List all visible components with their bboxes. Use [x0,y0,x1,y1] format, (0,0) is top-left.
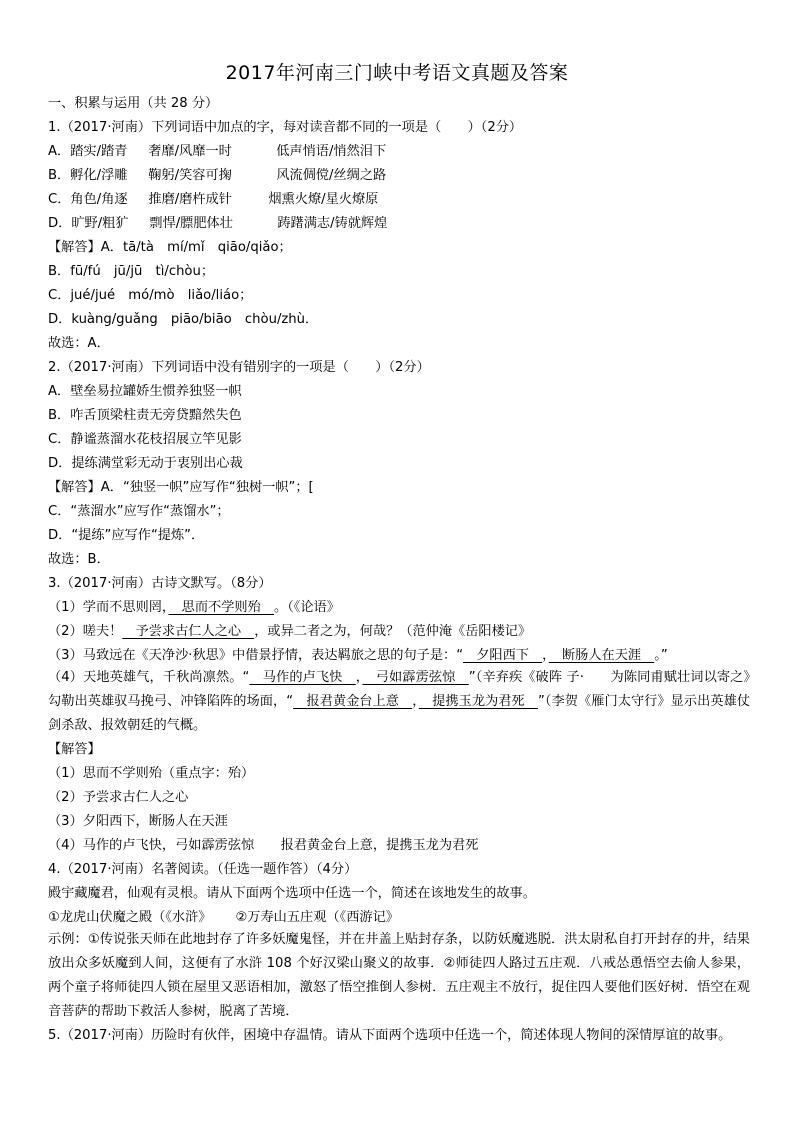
q2-answer-line: 【解答】A．“独竖一帜”应写作“独树一帜”；[ [48,478,314,498]
q1-option-a: A．踏实/踏青奢靡/风靡一时低声悄语/悄然泪下 [48,142,386,162]
fill-blank-answer: 弓如霹雳弦惊 [362,670,468,685]
q1-option-d: D．旷野/粗犷剽悍/膘肥体壮踌躇满志/铸就辉煌 [48,214,387,234]
q2-answer-line: C．“蒸溜水”应写作“蒸馏水”； [48,502,230,522]
item-text: （2）嗟夫！ [48,624,122,639]
q4-stem: 4.（2017·河南）名著阅读。（任选一题作答）（4分） [48,860,357,880]
q2-option-c: C．静谧蒸溜水花枝招展立竿见影 [48,430,242,450]
q3-answer-heading: 【解答】 [48,740,101,760]
item-text: ，或异二者之为，何哉？（范仲淹《岳阳楼记》 [254,624,531,639]
item-text: （3）马致远在《天净沙·秋思》中借景抒情，表达羁旅之思的句子是：“ [48,648,463,663]
q3-answer-line: （1）思而不学则殆（重点字：殆） [48,764,254,784]
option-word: 烟熏火燎/星火燎原 [268,190,378,210]
q1-answer-line: D．kuàng/guǎng piāo/biāo chòu/zhù． [48,310,318,330]
fill-blank-answer: 报君黄金台上意 [293,694,412,709]
q4-example: 示例：①传说张天师在此地封存了许多妖魔鬼怪，并在井盖上贴封存条，以防妖魔逃脱．洪… [48,928,750,1024]
fill-blank-answer: 夕阳西下 [463,648,542,663]
q2-option-b: B．咋舌顶梁柱责无旁贷黯然失色 [48,406,242,426]
option-word: 鞠躬/笑容可掬 [148,166,276,186]
q4-choice-1: ①龙虎山伏魔之殿（《水浒》 [48,910,211,925]
fill-blank-answer: 断肠人在天涯 [549,648,655,663]
option-word: 踌躇满志/铸就辉煌 [277,214,387,234]
section-heading: 一、积累与运用（共 28 分） [48,94,218,114]
q5-stem: 5.（2017·河南）历险时有伙伴，困境中存温情。请从下面两个选项中任选一个，简… [48,1024,750,1048]
q1-answer-line: B．fū/fú jū/jū tì/chòu； [48,262,214,282]
q2-choice: 故选：B． [48,550,110,570]
q4-choices: ①龙虎山伏魔之殿（《水浒》②万寿山五庄观（《西游记》 [48,908,399,928]
q1-answer-line: 【解答】A．tā/tà mí/mǐ qiāo/qiǎo； [48,238,292,258]
q1-answer-line: C．jué/jué mó/mò liǎo/liáo； [48,286,252,306]
q3-answer-line: （4）马作的卢飞快，弓如霹雳弦惊 报君黄金台上意，提携玉龙为君死 [48,836,478,856]
q1-choice: 故选：A． [48,334,110,354]
item-text: 。” [654,648,667,663]
option-word: 推磨/磨杵成针 [148,190,268,210]
option-word: 孵化/浮雕 [70,166,148,186]
option-label: A． [48,144,70,159]
q3-item-3: （3）马致远在《天净沙·秋思》中借景抒情，表达羁旅之思的句子是：“ 夕阳西下 ，… [48,646,668,666]
option-label: C． [48,192,70,207]
q2-option-a: A．壁垒易拉罐娇生惯养独竖一帜 [48,382,242,402]
document-title: 2017年河南三门峡中考语文真题及答案 [0,58,794,85]
q3-answer-line: （2）予尝求古仁人之心 [48,788,188,808]
item-text: （4）天地英雄气，千秋尚凛然。“ [48,670,249,685]
item-text: ， [412,694,419,709]
q2-stem: 2.（2017·河南）下列词语中没有错别字的一项是（ ）（2分） [48,358,430,378]
option-word: 剽悍/膘肥体壮 [149,214,277,234]
q4-choice-2: ②万寿山五庄观（《西游记》 [235,910,398,925]
q2-answer-line: D．“提练”应写作“提炼”． [48,526,204,546]
option-word: 低声悄语/悄然泪下 [276,142,386,162]
item-text: 。（《论语》 [274,600,340,615]
q1-stem: 1.（2017·河南）下列词语中加点的字，每对读音都不同的一项是（ ）（2分） [48,118,522,138]
fill-blank-answer: 马作的卢飞快 [249,670,355,685]
q3-answer-line: （3）夕阳西下，断肠人在天涯 [48,812,228,832]
option-word: 旷野/粗犷 [71,214,149,234]
q1-option-b: B．孵化/浮雕鞠躬/笑容可掬风流倜傥/丝绸之路 [48,166,386,186]
item-text: （1）学而不思则罔， [48,600,168,615]
q3-item-1: （1）学而不思则罔， 思而不学则殆 。（《论语》 [48,598,340,618]
fill-blank-answer: 提携玉龙为君死 [419,694,538,709]
option-word: 奢靡/风靡一时 [148,142,276,162]
fill-blank-answer: 思而不学则殆 [168,600,274,615]
q4-prompt: 殿宇藏魔君，仙观有灵根。请从下面两个选项中任选一个，简述在该地发生的故事。 [48,884,536,904]
q3-stem: 3.（2017·河南）古诗文默写。（8分） [48,574,272,594]
option-word: 风流倜傥/丝绸之路 [276,166,386,186]
document-page: 2017年河南三门峡中考语文真题及答案 一、积累与运用（共 28 分） 1.（2… [0,0,794,1123]
q3-item-4: （4）天地英雄气，千秋尚凛然。“ 马作的卢飞快 ， 弓如霹雳弦惊 ”（辛弃疾《破… [48,666,750,738]
fill-blank-answer: 予尝求古仁人之心 [122,624,254,639]
item-text: ， [542,648,549,663]
q2-option-d: D．提练满堂彩无动于衷别出心裁 [48,454,243,474]
option-word: 踏实/踏青 [70,142,148,162]
option-label: D． [48,216,71,231]
option-word: 角色/角逐 [70,190,148,210]
q1-option-c: C．角色/角逐推磨/磨杵成针烟熏火燎/星火燎原 [48,190,378,210]
option-label: B． [48,168,70,183]
q3-item-2: （2）嗟夫！ 予尝求古仁人之心 ，或异二者之为，何哉？（范仲淹《岳阳楼记》 [48,622,531,642]
